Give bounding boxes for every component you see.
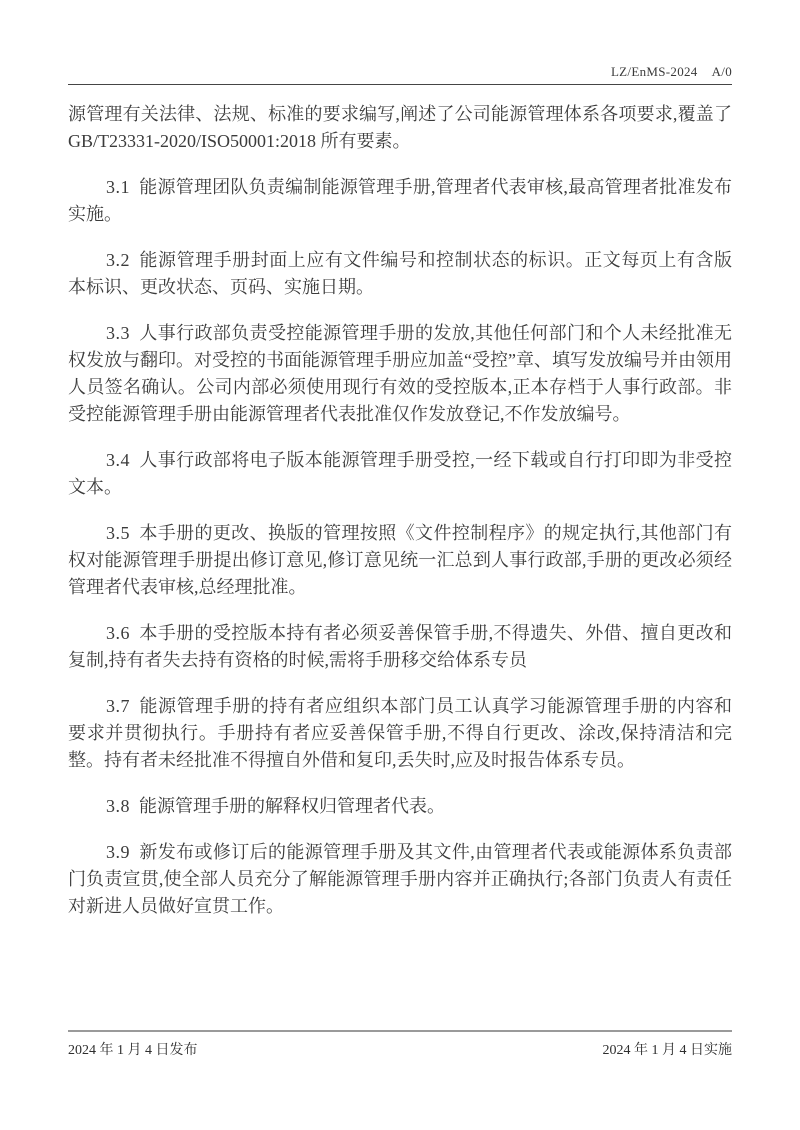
paragraph: 3.4人事行政部将电子版本能源管理手册受控,一经下载或自行打印即为非受控文本。 bbox=[68, 447, 732, 501]
clause-number: 3.6 bbox=[106, 623, 130, 643]
clause-number: 3.4 bbox=[106, 450, 130, 470]
document-page: LZ/EnMS-2024A/0 源管理有关法律、法规、标准的要求编写,阐述了公司… bbox=[0, 0, 800, 1130]
clause-number: 3.9 bbox=[106, 842, 130, 862]
clause-number: 3.7 bbox=[106, 696, 130, 716]
clause-number: 3.1 bbox=[106, 177, 130, 197]
doc-version: A/0 bbox=[712, 64, 732, 79]
clause-text: 本手册的受控版本持有者必须妥善保管手册,不得遗失、外借、擅自更改和复制,持有者失… bbox=[68, 623, 732, 670]
page-header: LZ/EnMS-2024A/0 bbox=[68, 0, 732, 85]
paragraph-continuation: 源管理有关法律、法规、标准的要求编写,阐述了公司能源管理体系各项要求,覆盖了 G… bbox=[68, 101, 732, 155]
paragraph: 3.2能源管理手册封面上应有文件编号和控制状态的标识。正文每页上有含版本标识、更… bbox=[68, 247, 732, 301]
clause-text: 能源管理手册封面上应有文件编号和控制状态的标识。正文每页上有含版本标识、更改状态… bbox=[68, 250, 732, 297]
clause-text: 本手册的更改、换版的管理按照《文件控制程序》的规定执行,其他部门有权对能源管理手… bbox=[68, 523, 732, 597]
clause-number: 3.5 bbox=[106, 523, 130, 543]
paragraph: 3.6本手册的受控版本持有者必须妥善保管手册,不得遗失、外借、擅自更改和复制,持… bbox=[68, 620, 732, 674]
clause-text: 新发布或修订后的能源管理手册及其文件,由管理者代表或能源体系负责部门负责宣贯,使… bbox=[68, 842, 732, 916]
clause-text: 人事行政部负责受控能源管理手册的发放,其他任何部门和个人未经批准无权发放与翻印。… bbox=[68, 323, 732, 424]
paragraph: 3.9新发布或修订后的能源管理手册及其文件,由管理者代表或能源体系负责部门负责宣… bbox=[68, 839, 732, 920]
release-date: 2024 年 1 月 4 日发布 bbox=[68, 1039, 198, 1059]
page-footer: 2024 年 1 月 4 日发布 2024 年 1 月 4 日实施 bbox=[68, 1030, 732, 1059]
doc-code: LZ/EnMS-2024 bbox=[611, 64, 698, 79]
clause-number: 3.8 bbox=[106, 796, 130, 816]
clause-text: 能源管理手册的持有者应组织本部门员工认真学习能源管理手册的内容和要求并贯彻执行。… bbox=[68, 696, 732, 770]
paragraph: 3.3人事行政部负责受控能源管理手册的发放,其他任何部门和个人未经批准无权发放与… bbox=[68, 320, 732, 428]
paragraph: 3.8能源管理手册的解释权归管理者代表。 bbox=[68, 793, 732, 820]
clause-text: 能源管理手册的解释权归管理者代表。 bbox=[139, 796, 445, 816]
clause-text: 源管理有关法律、法规、标准的要求编写,阐述了公司能源管理体系各项要求,覆盖了 G… bbox=[68, 104, 732, 151]
implement-date: 2024 年 1 月 4 日实施 bbox=[603, 1039, 733, 1059]
document-body: 源管理有关法律、法规、标准的要求编写,阐述了公司能源管理体系各项要求,覆盖了 G… bbox=[68, 85, 732, 920]
paragraph: 3.1能源管理团队负责编制能源管理手册,管理者代表审核,最高管理者批准发布实施。 bbox=[68, 174, 732, 228]
clause-text: 人事行政部将电子版本能源管理手册受控,一经下载或自行打印即为非受控文本。 bbox=[68, 450, 732, 497]
clause-text: 能源管理团队负责编制能源管理手册,管理者代表审核,最高管理者批准发布实施。 bbox=[68, 177, 732, 224]
paragraph: 3.5本手册的更改、换版的管理按照《文件控制程序》的规定执行,其他部门有权对能源… bbox=[68, 520, 732, 601]
clause-number: 3.3 bbox=[106, 323, 130, 343]
clause-number: 3.2 bbox=[106, 250, 130, 270]
paragraph: 3.7能源管理手册的持有者应组织本部门员工认真学习能源管理手册的内容和要求并贯彻… bbox=[68, 693, 732, 774]
header-rule: LZ/EnMS-2024A/0 bbox=[68, 64, 732, 85]
